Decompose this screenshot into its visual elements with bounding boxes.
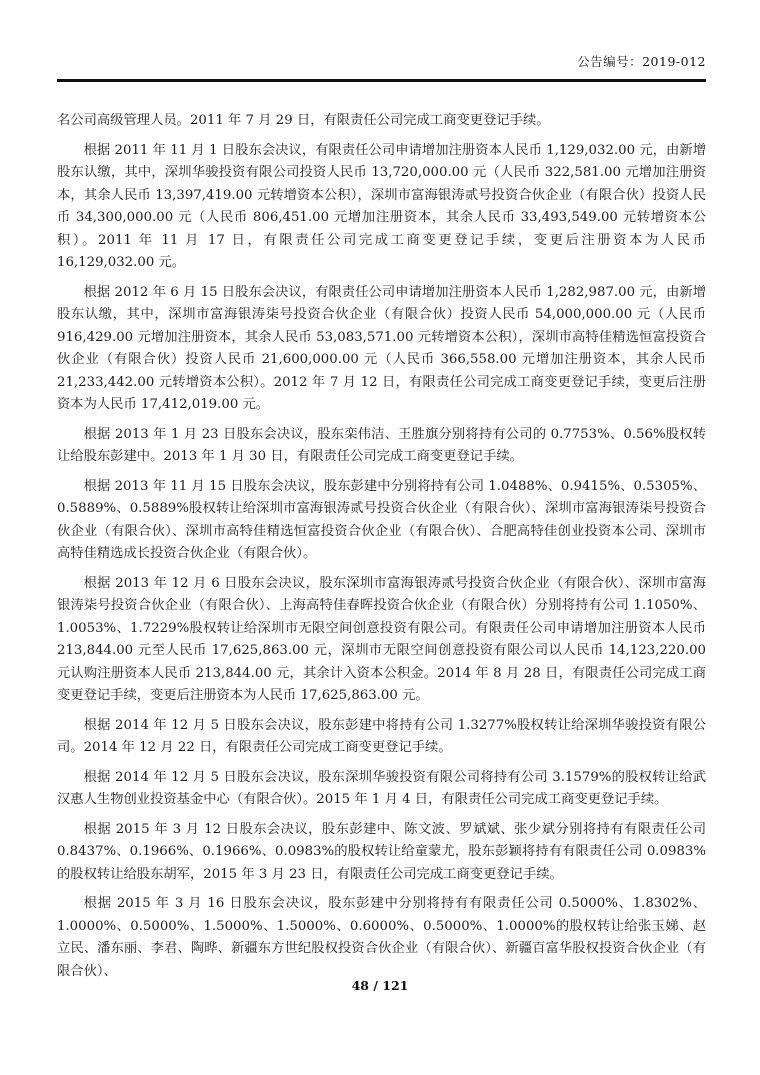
paragraph: 根据 2015 年 3 月 12 日股东会决议，股东彭建中、陈文波、罗斌斌、张少… [57,819,706,887]
paragraph: 根据 2013 年 11 月 15 日股东会决议，股东彭建中分别将持有公司 1.… [57,476,706,566]
paragraph: 名公司高级管理人员。2011 年 7 月 29 日，有限责任公司完成工商变更登记… [57,110,706,133]
announcement-number: 公告编号：2019-012 [57,52,706,70]
paragraph: 根据 2015 年 3 月 16 日股东会决议，股东彭建中分别将持有有限责任公司… [57,893,706,983]
paragraph: 根据 2013 年 12 月 6 日股东会决议，股东深圳市富海银涛贰号投资合伙企… [57,573,706,708]
paragraph: 根据 2011 年 11 月 1 日股东会决议，有限责任公司申请增加注册资本人民… [57,140,706,275]
paragraph: 根据 2014 年 12 月 5 日股东会决议，股东深圳华骏投资有限公司将持有公… [57,767,706,812]
document-body: 名公司高级管理人员。2011 年 7 月 29 日，有限责任公司完成工商变更登记… [57,110,706,990]
page-number: 48 / 121 [0,978,760,993]
paragraph: 根据 2012 年 6 月 15 日股东会决议，有限责任公司申请增加注册资本人民… [57,282,706,417]
document-page: 公告编号：2019-012 名公司高级管理人员。2011 年 7 月 29 日，… [0,0,760,1075]
paragraph: 根据 2013 年 1 月 23 日股东会决议，股东栾伟洁、王胜旗分别将持有公司… [57,424,706,469]
header-divider-line [57,79,706,82]
paragraph: 根据 2014 年 12 月 5 日股东会决议，股东彭建中将持有公司 1.327… [57,715,706,760]
